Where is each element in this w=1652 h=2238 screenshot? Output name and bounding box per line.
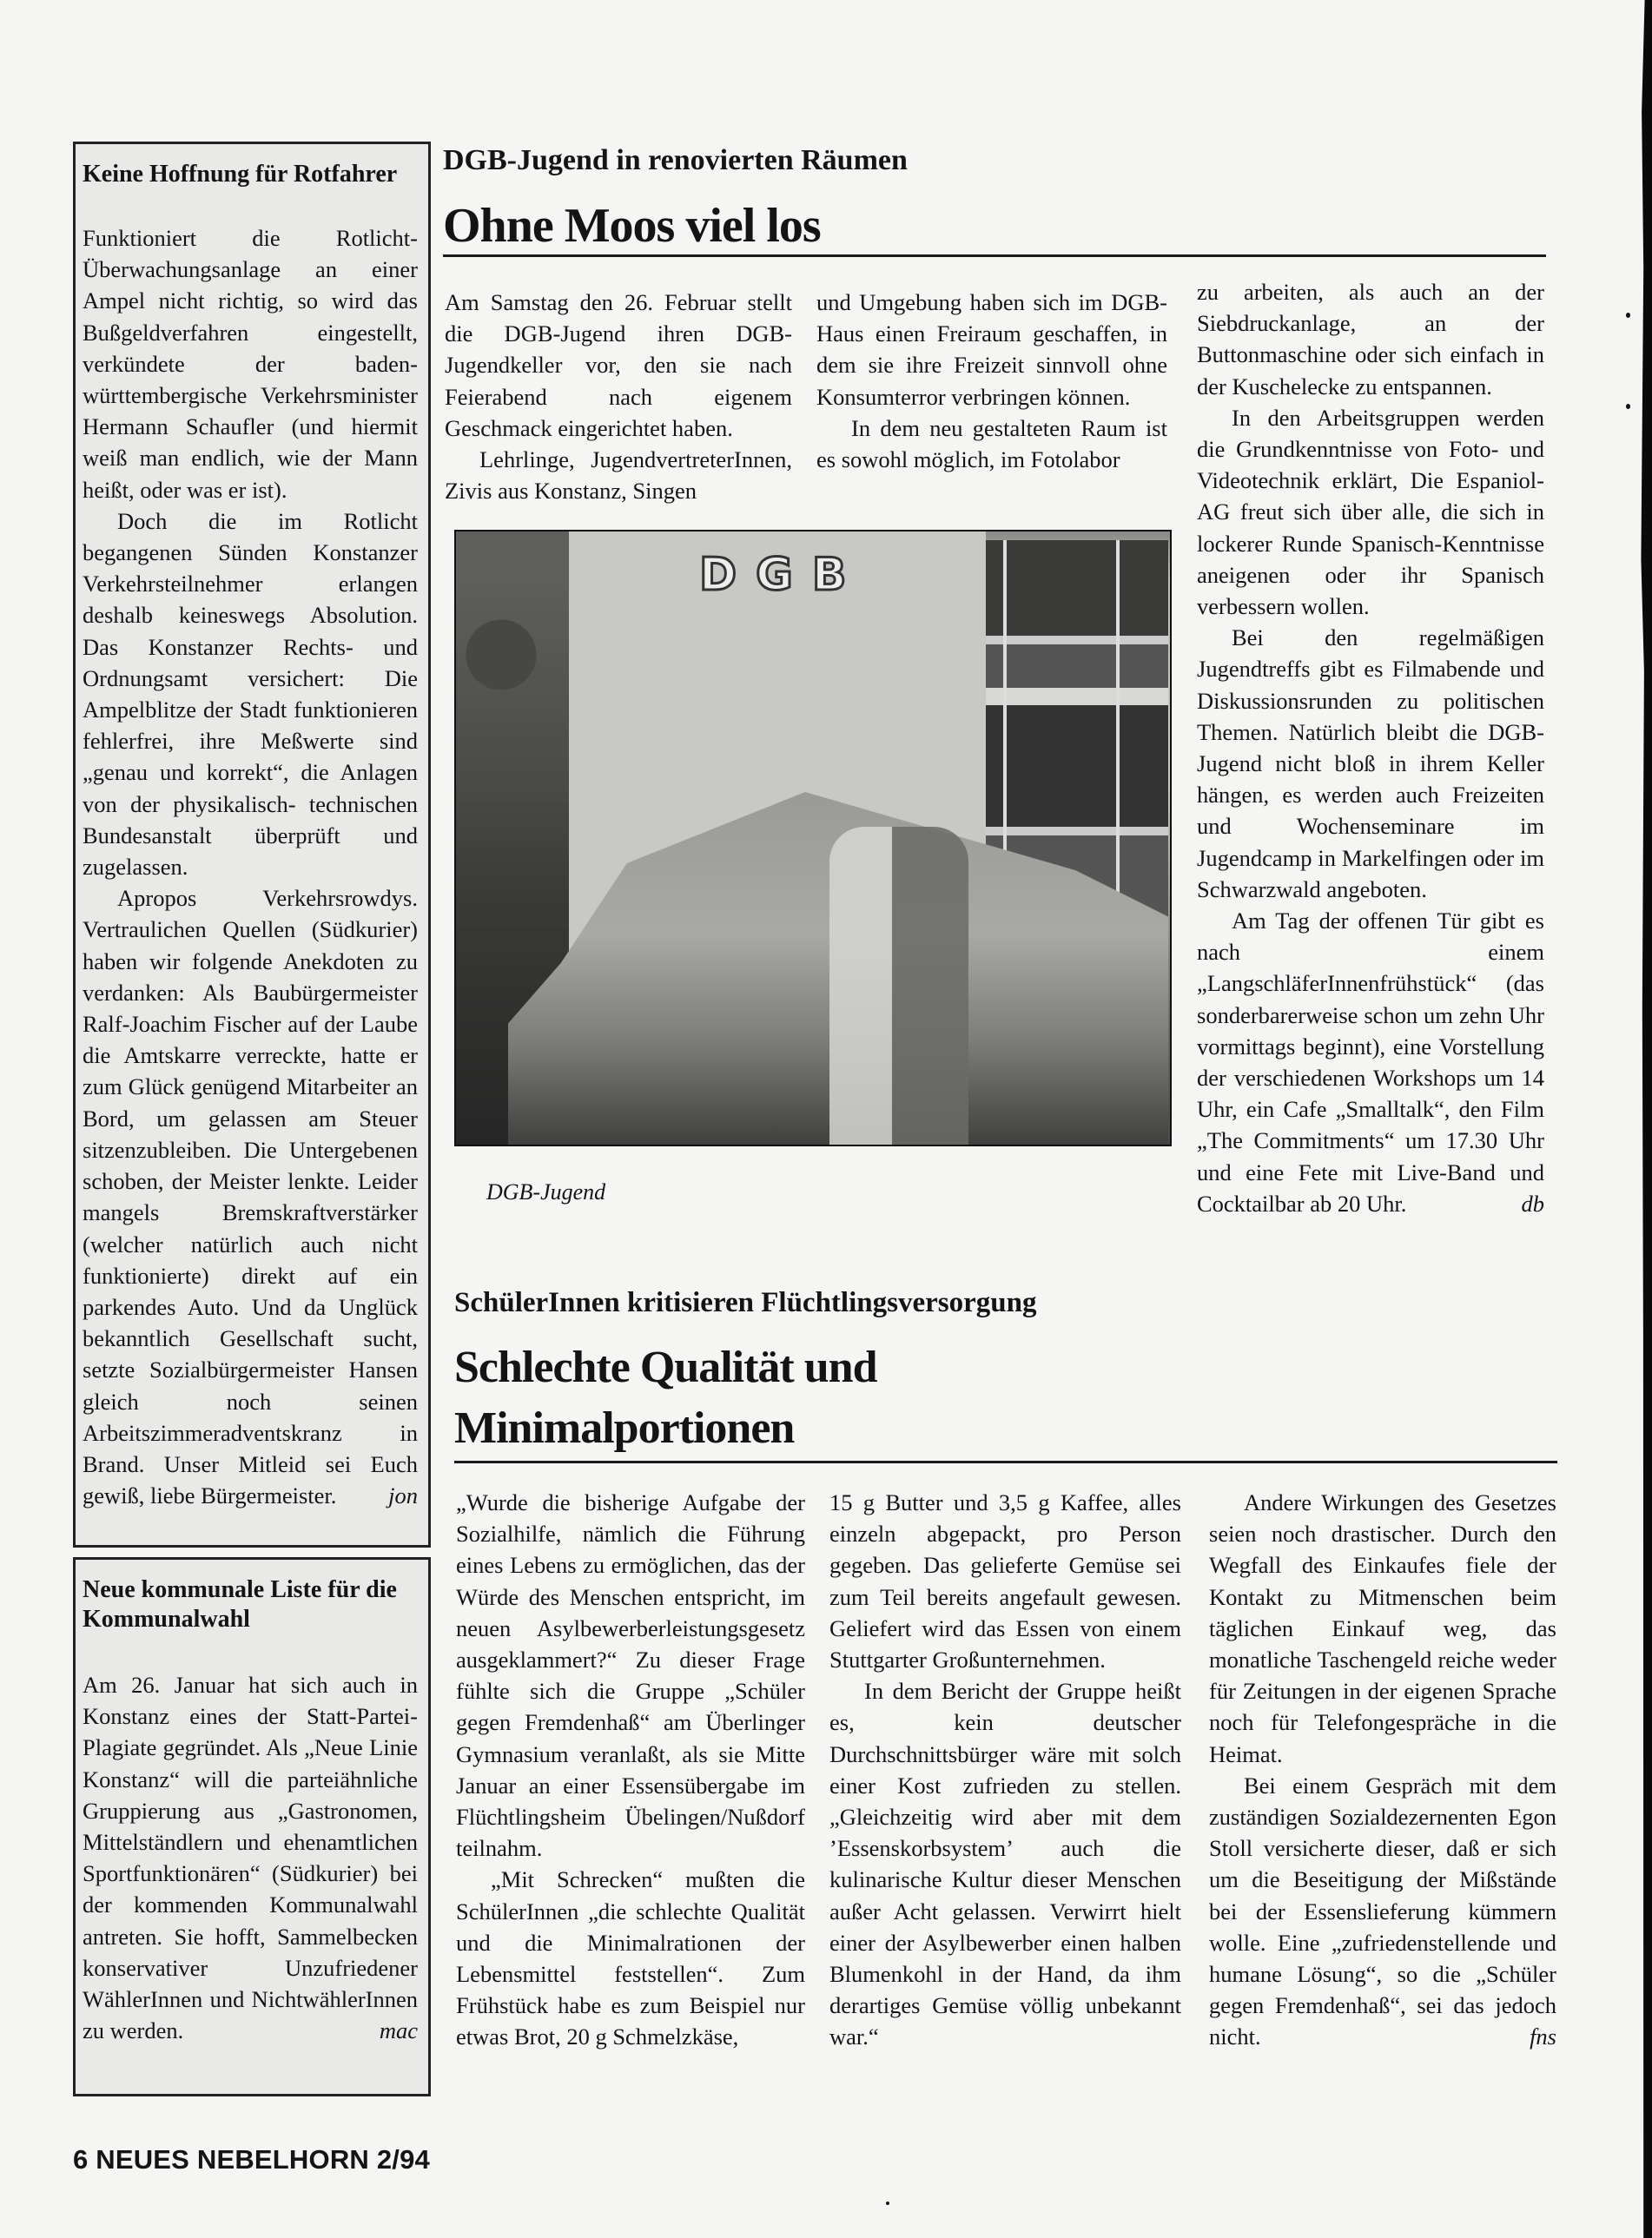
article-headline: Schlechte Qualität und Minimalportionen [454, 1337, 877, 1459]
paragraph: Bei den regelmäßigen Jugendtreffs gibt e… [1197, 622, 1544, 905]
paragraph: Andere Wirkungen des Gesetzes seien noch… [1209, 1487, 1556, 1770]
box-paragraph: Funktioniert die Rotlicht-Überwachungsan… [83, 222, 418, 505]
scan-edge-shadow [1640, 0, 1652, 2238]
article-1-column-1: Am Samstag den 26. Februar stellt die DG… [445, 287, 792, 506]
scan-speck [1626, 404, 1630, 409]
article-headline: Ohne Moos viel los [443, 198, 821, 254]
box-title: Keine Hoffnung für Rotfahrer [83, 160, 418, 189]
photo-people [829, 827, 968, 1146]
page-footer: 6 NEUES NEBELHORN 2/94 [73, 2144, 430, 2175]
paragraph: „Wurde die bisherige Aufgabe der Sozialh… [456, 1487, 805, 1864]
paragraph: Lehrlinge, JugendvertreterInnen, Zivis a… [445, 444, 792, 506]
box-paragraph: Doch die im Rotlicht begangenen Sünden K… [83, 505, 418, 882]
box-paragraph: Apropos Verkehrsrowdys. Vertraulichen Qu… [83, 882, 418, 1511]
author-signature: fns [1495, 2021, 1556, 2052]
author-signature: db [1487, 1188, 1545, 1219]
box-paragraph: Am 26. Januar hat sich auch in Konstanz … [83, 1669, 418, 2046]
paragraph: Bei einem Gespräch mit dem zuständigen S… [1209, 1770, 1556, 2053]
paragraph: In dem Bericht der Gruppe heißt es, kein… [829, 1675, 1181, 2052]
photo-dgb-sign: DGB [699, 549, 865, 601]
box-title: Neue kommunale Liste für die Kommunalwah… [83, 1575, 418, 1634]
paragraph: Am Tag der offenen Tür gibt es nach eine… [1197, 905, 1544, 1219]
paragraph: „Mit Schrecken“ mußten die SchülerInnen … [456, 1864, 805, 2052]
article-kicker: SchülerInnen kritisieren Flüchtlingsvers… [454, 1285, 1036, 1320]
headline-rule [454, 1461, 1557, 1463]
paragraph: und Umgebung haben sich im DGB-Haus eine… [816, 287, 1167, 413]
article-2-column-3: Andere Wirkungen des Gesetzes seien noch… [1209, 1487, 1556, 2053]
photo-caption: DGB-Jugend [486, 1179, 605, 1205]
paragraph: Am Samstag den 26. Februar stellt die DG… [445, 287, 792, 444]
article-kicker: DGB-Jugend in renovierten Räumen [443, 143, 908, 178]
article-2-column-2: 15 g Butter und 3,5 g Kaffee, alles einz… [829, 1487, 1181, 2053]
headline-rule [443, 254, 1546, 257]
photo-dgb-building-van: DGB [454, 530, 1172, 1146]
article-2-column-1: „Wurde die bisherige Aufgabe der Sozialh… [456, 1487, 805, 2053]
sidebar-box-rotfahrer: Keine Hoffnung für Rotfahrer Funktionier… [73, 142, 431, 1548]
author-signature: mac [380, 2015, 418, 2046]
scan-speck [1626, 313, 1630, 318]
article-1-column-2: und Umgebung haben sich im DGB-Haus eine… [816, 287, 1167, 475]
paragraph: In dem neu gestalteten Raum ist es sowoh… [816, 413, 1167, 475]
author-signature: jon [354, 1480, 418, 1511]
scan-speck [886, 2202, 889, 2205]
paragraph: zu arbeiten, als auch an der Siebdruckan… [1197, 276, 1544, 402]
article-1-column-3: zu arbeiten, als auch an der Siebdruckan… [1197, 276, 1544, 1219]
paragraph: In den Arbeitsgruppen werden die Grundke… [1197, 402, 1544, 622]
paragraph: 15 g Butter und 3,5 g Kaffee, alles einz… [829, 1487, 1181, 1675]
sidebar-box-kommunalwahl: Neue kommunale Liste für die Kommunalwah… [73, 1557, 431, 2096]
